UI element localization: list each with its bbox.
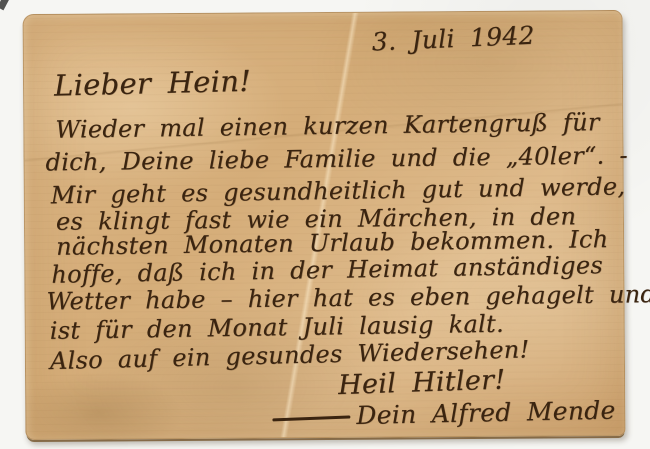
signature-flourish: [272, 415, 350, 420]
salutation-line: Lieber Hein!: [54, 64, 252, 103]
scanner-edge-artifact: [0, 0, 10, 10]
body-line: Wieder mal einen kurzen Kartengruß für: [55, 108, 600, 144]
postcard: 3. Juli 1942 Lieber Hein! Wieder mal ein…: [23, 10, 626, 440]
date-line: 3. Juli 1942: [371, 21, 535, 57]
body-line: dich, Deine liebe Familie und die „40ler…: [45, 141, 628, 176]
signature-line: Dein Alfred Mende: [272, 396, 616, 432]
signature-text: Dein Alfred Mende: [356, 396, 616, 430]
closing-line: Heil Hitler!: [338, 365, 506, 402]
scan-background: 3. Juli 1942 Lieber Hein! Wieder mal ein…: [0, 0, 650, 449]
